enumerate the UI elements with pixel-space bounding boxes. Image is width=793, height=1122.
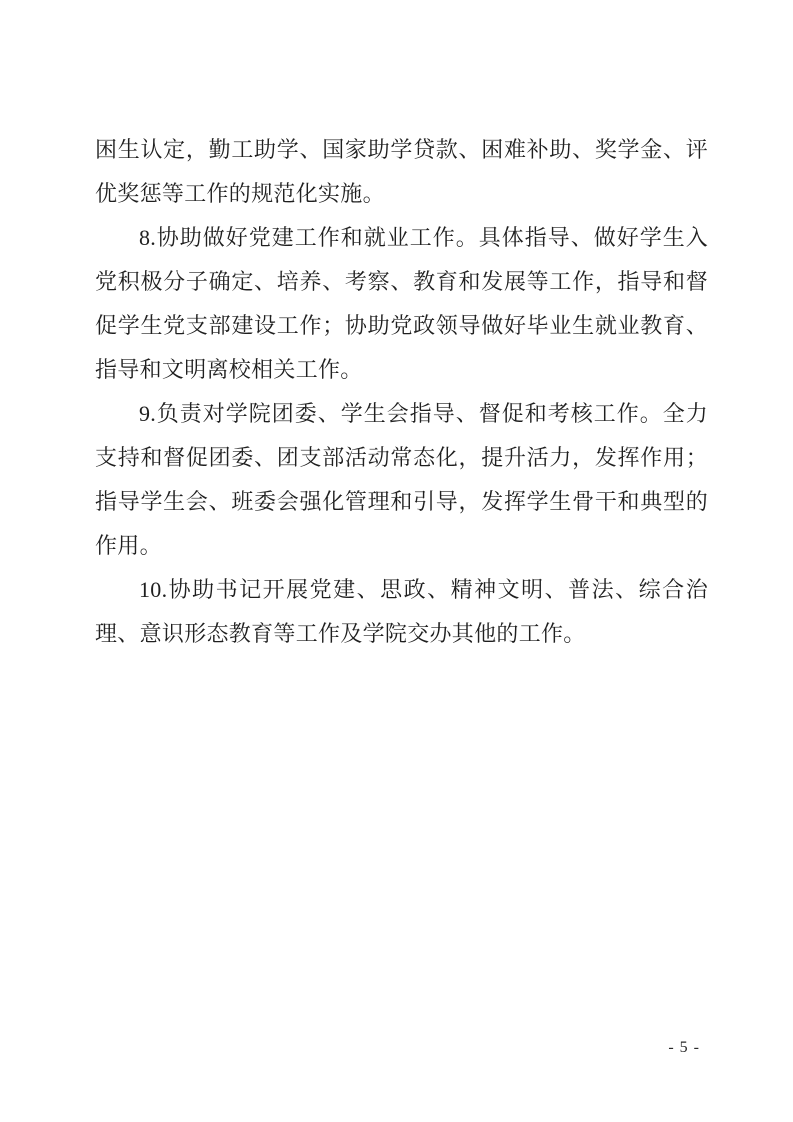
paragraph-item-9: 9.负责对学院团委、学生会指导、督促和考核工作。全力支持和督促团委、团支部活动常… <box>95 392 708 568</box>
paragraph-continuation: 困生认定，勤工助学、国家助学贷款、困难补助、奖学金、评优奖惩等工作的规范化实施。 <box>95 128 708 216</box>
page-number: - 5 - <box>668 1038 700 1058</box>
document-page: 困生认定，勤工助学、国家助学贷款、困难补助、奖学金、评优奖惩等工作的规范化实施。… <box>0 0 793 1122</box>
document-body: 困生认定，勤工助学、国家助学贷款、困难补助、奖学金、评优奖惩等工作的规范化实施。… <box>95 128 708 656</box>
paragraph-item-10: 10.协助书记开展党建、思政、精神文明、普法、综合治理、意识形态教育等工作及学院… <box>95 568 708 656</box>
paragraph-item-8: 8.协助做好党建工作和就业工作。具体指导、做好学生入党积极分子确定、培养、考察、… <box>95 216 708 392</box>
